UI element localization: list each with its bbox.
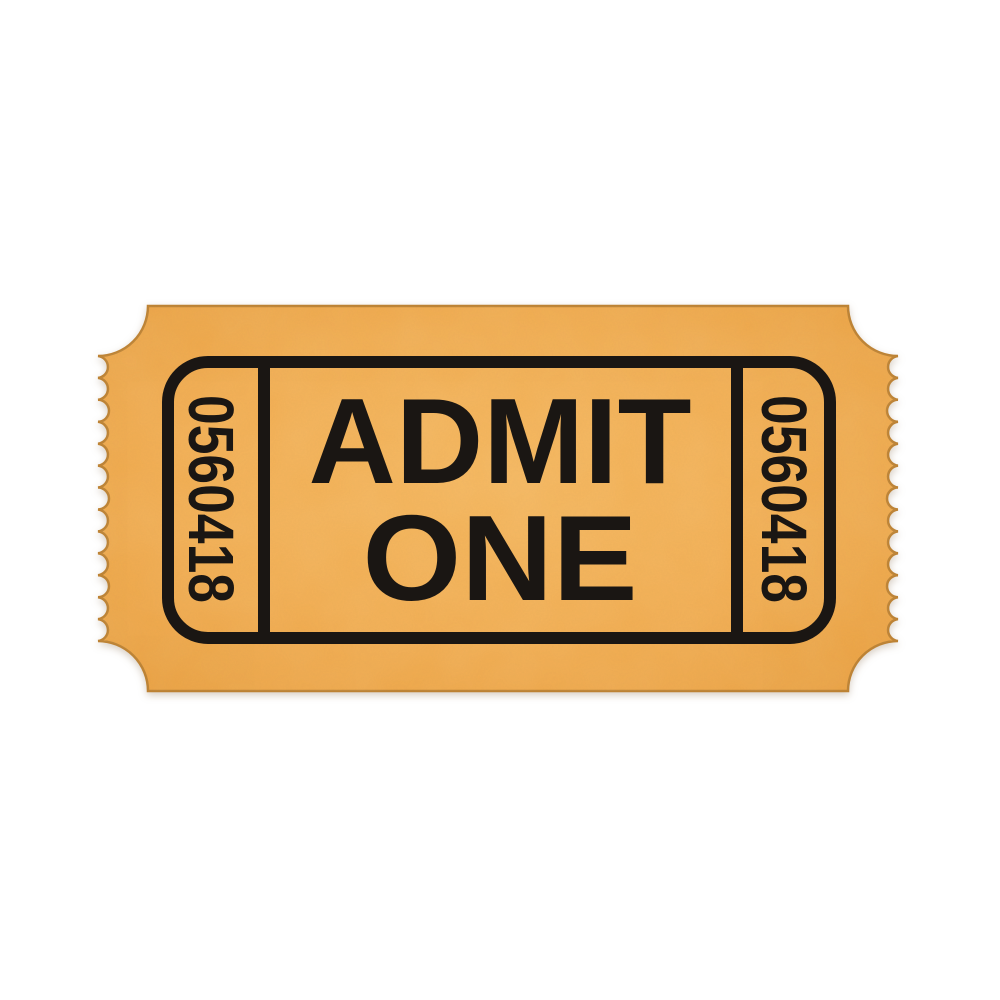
ticket-title-line1: ADMIT — [309, 373, 692, 509]
admit-one-ticket: 0560418 0560418 ADMIT ONE — [0, 0, 1000, 1000]
serial-number-right: 0560418 — [748, 395, 820, 603]
serial-number-left: 0560418 — [175, 395, 247, 603]
image-background: 0560418 0560418 ADMIT ONE — [0, 0, 1000, 1000]
ticket-title-line2: ONE — [363, 490, 638, 626]
